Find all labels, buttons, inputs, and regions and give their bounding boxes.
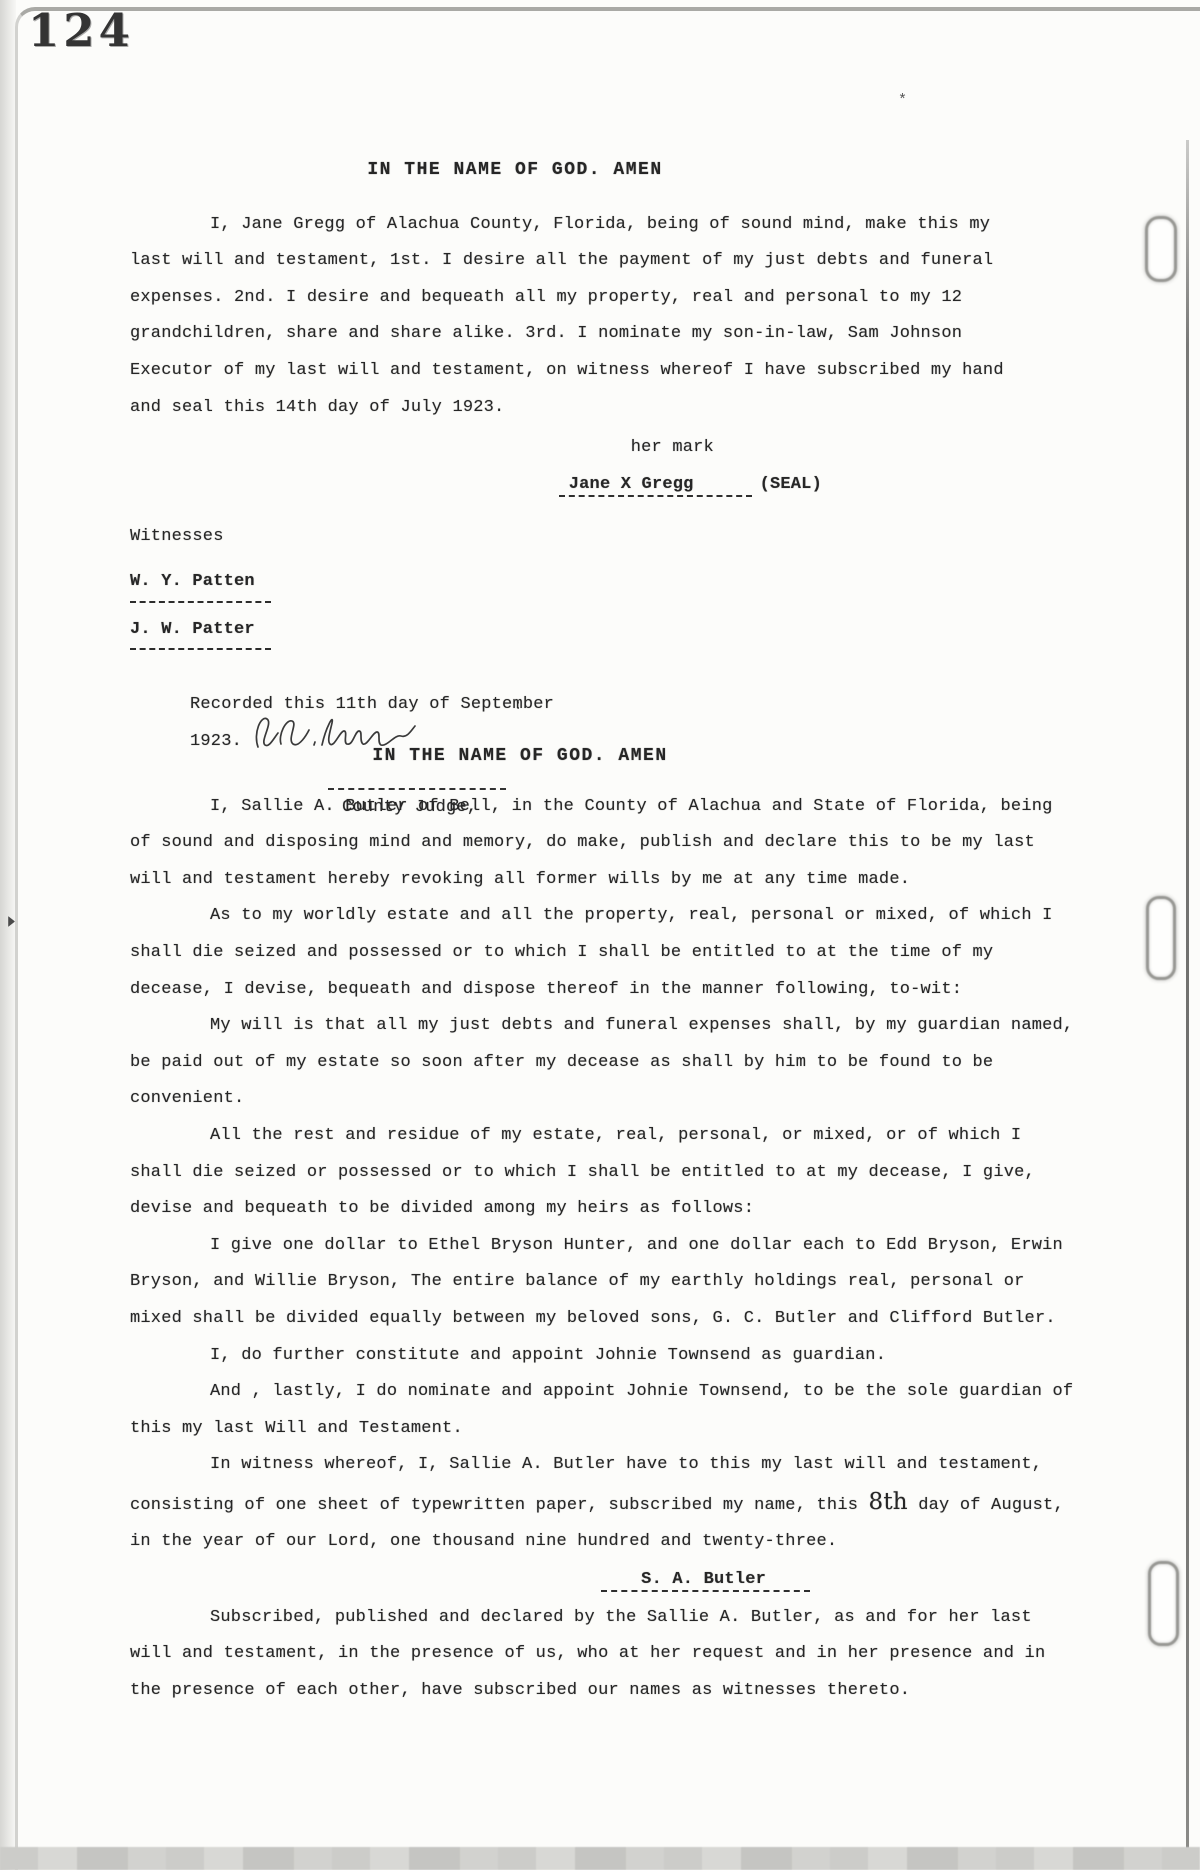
binder-hole: [1145, 216, 1177, 282]
will-paragraph: I, do further constitute and appoint Joh…: [130, 1338, 1078, 1375]
scan-right-edge-line: [1186, 140, 1189, 1852]
witness-name: W. Y. Patten: [130, 564, 271, 603]
her-mark-label: her mark: [559, 430, 822, 467]
testator-signature-line: Jane X Gregg(SEAL): [559, 467, 822, 504]
will-paragraph: And , lastly, I do nominate and appoint …: [130, 1374, 1078, 1447]
witnesses-label: Witnesses: [130, 519, 1022, 556]
testator-signature-name: Jane X Gregg: [559, 475, 752, 497]
witness-name: J. W. Patter: [130, 612, 271, 651]
will-heading: IN THE NAME OF GOD. AMEN: [130, 738, 910, 775]
gregg-will-section: IN THE NAME OF GOD. AMEN I, Jane Gregg o…: [130, 152, 1022, 827]
testator-signature-block: her mark Jane X Gregg(SEAL): [559, 430, 822, 503]
butler-will-section: IN THE NAME OF GOD. AMEN I, Sallie A. Bu…: [130, 738, 1078, 1709]
will-heading: IN THE NAME OF GOD. AMEN: [130, 152, 900, 189]
butler-signature-block: S. A. Butler: [601, 1562, 810, 1599]
will-body-paragraph: I, Jane Gregg of Alachua County, Florida…: [130, 207, 1022, 427]
seal-label: (SEAL): [752, 475, 822, 494]
scan-left-edge: [0, 0, 16, 1870]
binder-hole: [1148, 1561, 1179, 1646]
will-paragraph: I, Sallie A. Butler of Bell, in the Coun…: [130, 789, 1078, 899]
witnesses-block: Witnesses W. Y. Patten J. W. Patter: [130, 519, 1022, 659]
will-paragraph: All the rest and residue of my estate, r…: [130, 1118, 1078, 1228]
scan-bottom-band: [0, 1847, 1200, 1870]
scanned-will-record-page: 124 * : IN THE NAME OF GOD. AMEN I, Jane…: [0, 0, 1200, 1870]
attestation-paragraph: Subscribed, published and declared by th…: [130, 1600, 1078, 1710]
will-paragraph: My will is that all my just debts and fu…: [130, 1008, 1078, 1118]
witness-clause-day: 8th: [869, 1489, 908, 1515]
butler-signature-name: S. A. Butler: [601, 1570, 810, 1592]
speck-mark: *: [898, 92, 907, 109]
will-paragraph: I give one dollar to Ethel Bryson Hunter…: [130, 1228, 1078, 1338]
page-number: 124: [28, 4, 134, 57]
will-paragraph: As to my worldly estate and all the prop…: [130, 898, 1078, 1008]
witness-clause-paragraph: In witness whereof, I, Sallie A. Butler …: [130, 1447, 1078, 1561]
binder-hole: [1146, 896, 1176, 980]
